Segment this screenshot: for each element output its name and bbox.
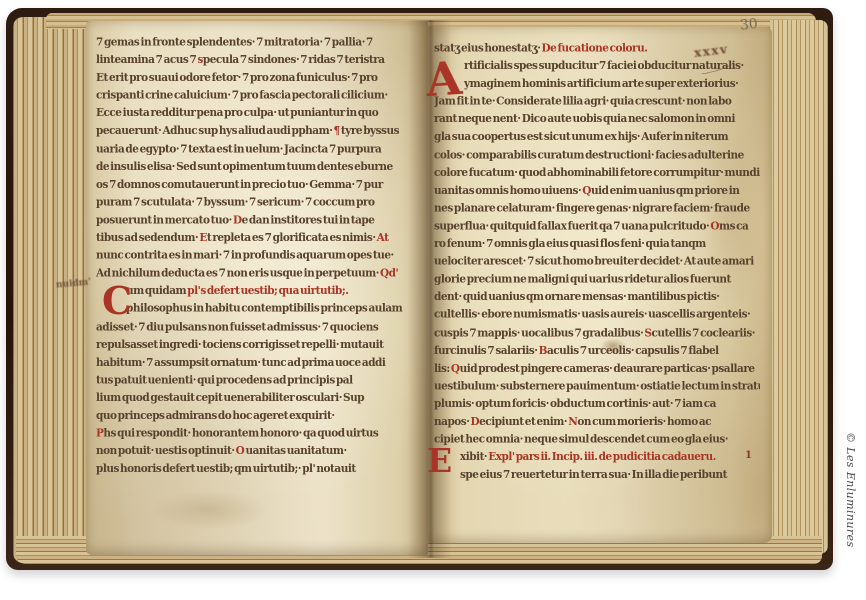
manuscript-line: posuerunt in mercato tuo· De dan instito… [96,212,418,230]
rubric-text: O [710,220,719,232]
ink-text: nes planare celaturam· fingere genas· ni… [434,202,750,214]
ink-text: xibit· [460,451,488,463]
rubric-text: pl's defert uestib; qua uirtutib;. [187,285,348,297]
manuscript-line: dent· quid uanius qm ornare mensas· mant… [434,289,760,307]
manuscript-line: ymaginem hominis artificium arte super e… [434,76,760,94]
manuscript-line: gla sua coopertus est sicut unum ex hijs… [434,129,760,147]
ink-text: um quidam [126,285,187,297]
ink-text: ecipiunt et enim· [479,415,568,427]
manuscript-line: tus patuit uenienti· qui procedens ad pr… [96,372,418,390]
ink-text: tyre byssus [340,125,399,137]
ink-text: rant neque nent· Dico aute uobis quia ne… [434,113,735,125]
ink-text: e dan institores tui in tape [242,214,375,226]
rubric-text: Q [451,362,460,374]
ink-text: spe eius 7 reuertetur in terra sua· In i… [460,469,727,481]
rubric-text: D [233,214,242,226]
ink-text: habitum· 7 assumpsit ornatum· tunc ad pr… [96,356,385,368]
manuscript-line: rant neque nent· Dico aute uobis quia ne… [434,111,760,129]
manuscript-line: adisset· 7 diu pulsans non fuisset admis… [96,318,418,336]
ink-text: uelociter arescet· 7 sicut homo breuiter… [434,255,754,267]
ink-text: plus honoris defert uestib; qm uirtutib;… [96,463,356,475]
ink-text: tibus ad sedendum· [96,232,199,244]
ink-text: uanitas omnis homo uiuens· [434,184,582,196]
ink-text: lium quod gestauit cepit uenerabiliter o… [96,392,364,404]
ink-text: repulsasset ingredi· tociens corrigisset… [96,338,384,350]
ink-text: puram 7 scutulata· 7 byssum· 7 sericum· … [96,196,374,208]
ink-text: Et erit pro suaui odore fetor· 7 pro zon… [96,72,378,84]
rubric-text: O [236,445,245,457]
manuscript-line: nunc contrita es in mari· 7 in profundis… [96,247,418,265]
manuscript-line: Ad nichilum deducta es 7 non eris usque … [96,265,418,283]
manuscript-line: lis: Quid prodest pingere cameras· deaur… [434,360,760,378]
ink-text: uid prodest pingere cameras· deaurare pa… [460,362,755,374]
manuscript-line: Et erit pro suaui odore fetor· 7 pro zon… [96,70,418,88]
ink-text: tus patuit uenienti· qui procedens ad pr… [96,374,353,386]
ink-text: colos· comparabilis curatum destructioni… [434,149,744,161]
manuscript-line: philosophus in habitu contemptibilis pri… [96,301,418,319]
ink-text: adisset· 7 diu pulsans non fuisset admis… [96,321,378,333]
manuscript-line: colos· comparabilis curatum destructioni… [434,147,760,165]
page-edges-left [13,17,93,563]
ink-text: colore fucatum· quod abhominabili fetore… [434,167,760,179]
manuscript-line: plus honoris defert uestib; qm uirtutib;… [96,461,418,479]
ink-text: non potuit· uestis optinuit· [96,445,236,457]
ink-text: ymaginem hominis artificium arte super e… [464,78,738,90]
manuscript-line: os 7 domnos comutauerunt in precio tuo· … [96,176,418,194]
ink-text: hs qui respondit· honorantem honoro· qa … [103,427,378,439]
manuscript-line: uelociter arescet· 7 sicut homo breuiter… [434,253,760,271]
manuscript-line: colore fucatum· quod abhominabili fetore… [434,164,760,182]
page-edges-right [770,20,828,554]
manuscript-line: tibus ad sedendum· Et repleta es 7 glori… [96,230,418,248]
manuscript-photo: 7 gemas in fronte splendentes· 7 mitrato… [0,0,866,600]
ink-text: pecauerunt· Adhuc sup hys aliud audi pph… [96,125,334,137]
rubric-text: De fucatione coloru. [542,42,648,54]
manuscript-line: uanitas omnis homo uiuens· Quid enim uan… [434,182,760,200]
manuscript-line: uaria de egypto· 7 texta est in uelum· J… [96,141,418,159]
ink-text: cutellis 7 cocleariis· [652,327,755,339]
manuscript-line: xibit· Expl' pars ii. Incip. iii. de pud… [434,449,760,467]
right-page-text: statʒ eius honestatʒ· De fucatione color… [434,40,760,484]
pencil-folio-number: 30 [739,16,758,34]
ink-text: cipiet hec omnia· neque simul descendet … [434,433,728,445]
manuscript-line: napos· Decipiunt et enim· Non cum morier… [434,413,760,431]
ink-text: Ecce iusta redditur pena pro culpa· ut p… [96,107,378,119]
manuscript-line: pecauerunt· Adhuc sup hys aliud audi pph… [96,123,418,141]
rubric-text: At [377,232,389,244]
right-margin-mark: 1 [745,450,752,461]
ink-text: posuerunt in mercato tuo· [96,214,233,226]
left-page-text: 7 gemas in fronte splendentes· 7 mitrato… [96,34,418,478]
rubric-text: Expl' pars ii. Incip. iii. de pudicitia … [488,451,716,463]
ink-text: cultellis· ebore numismatis· uasis aurei… [434,309,750,321]
manuscript-line: linteamina 7 acus 7 specula 7 sindones· … [96,52,418,70]
ink-text: ms ca [719,220,748,232]
manuscript-line: non potuit· uestis optinuit· O uanitas u… [96,443,418,461]
manuscript-line: puram 7 scutulata· 7 byssum· 7 sericum· … [96,194,418,212]
rubric-text: N [568,415,577,427]
rubric-text: B [539,344,547,356]
rubric-text: E [199,232,207,244]
ink-text: furcinulis 7 salariis· [434,344,539,356]
ink-text: Ad nichilum deducta es 7 non eris usque … [96,267,380,279]
ink-text: Jam fit in te· Considerate lilia agri· q… [434,95,731,107]
manuscript-line: glorie precium ne maligni qui uarius rid… [434,271,760,289]
ink-text: nunc contrita es in mari· 7 in profundis… [96,249,394,261]
ink-text: lis: [434,362,451,374]
manuscript-line: habitum· 7 assumpsit ornatum· tunc ad pr… [96,354,418,372]
copyright-credit: © Les Enluminures [844,432,857,548]
ink-text: 7 gemas in fronte splendentes· 7 mitrato… [96,36,373,48]
manuscript-line: 7 gemas in fronte splendentes· 7 mitrato… [96,34,418,52]
rubric-text: D [471,415,480,427]
rubricated-initial-e: E [427,444,452,477]
manuscript-line: ro fenum· 7 omnis gla eius quasi flos fe… [434,236,760,254]
manuscript-line: quo princeps admirans do hoc ageret exqu… [96,407,418,425]
ink-text: philosophus in habitu contemptibilis pri… [126,303,402,315]
rubric-text: S [644,327,651,339]
ink-text: superflua· quitquid fallax fuerit qa 7 u… [434,220,710,232]
manuscript-line: Phs qui respondit· honorantem honoro· qa… [96,425,418,443]
ink-text: napos· [434,415,471,427]
ink-text: uaria de egypto· 7 texta est in uelum· J… [96,143,381,155]
manuscript-line: cuspis 7 mappis· uocalibus 7 gradalibus·… [434,324,760,342]
manuscript-line: lium quod gestauit cepit uenerabiliter o… [96,390,418,408]
ink-text: plumis· optum foricis· obductum cortinis… [434,398,716,410]
manuscript-line: uestibulum· substernere pauimentum· osti… [434,378,760,396]
ink-text: quo princeps admirans do hoc ageret exqu… [96,409,335,421]
manuscript-line: cipiet hec omnia· neque simul descendet … [434,431,760,449]
ink-text: gla sua coopertus est sicut unum ex hijs… [434,131,728,143]
manuscript-line: nes planare celaturam· fingere genas· ni… [434,200,760,218]
ink-text: uestibulum· substernere pauimentum· osti… [434,380,760,392]
manuscript-line: spe eius 7 reuertetur in terra sua· In i… [434,467,760,485]
ink-text: uanitas uanitatum· [244,445,346,457]
ink-text: aculis 7 urceolis· capsulis 7 flabel [547,344,719,356]
ink-text: uid enim uanius qm priore in [591,184,739,196]
ink-text: de insulis elisa· Sed sunt opimentum tuu… [96,161,393,173]
manuscript-line: cultellis· ebore numismatis· uasis aurei… [434,307,760,325]
manuscript-line: furcinulis 7 salariis· Baculis 7 urceoli… [434,342,760,360]
ink-text: dent· quid uanius qm ornare mensas· mant… [434,291,719,303]
rubric-text: Q [582,184,591,196]
manuscript-line: Jam fit in te· Considerate lilia agri· q… [434,93,760,111]
ink-text: pecula 7 sindones· 7 ridas 7 teristra [203,54,385,66]
manuscript-line: Ecce iusta redditur pena pro culpa· ut p… [96,105,418,123]
manuscript-line: crispanti crine caluicium· 7 pro fascia … [96,87,418,105]
manuscript-line: repulsasset ingredi· tociens corrigisset… [96,336,418,354]
ink-text: t repleta es 7 glorificata es nimis· [207,232,377,244]
ink-text: on cum morieris· homo ac [577,415,711,427]
manuscript-line: plumis· optum foricis· obductum cortinis… [434,396,760,414]
manuscript-line: de insulis elisa· Sed sunt opimentum tuu… [96,158,418,176]
manuscript-line: superflua· quitquid fallax fuerit qa 7 u… [434,218,760,236]
ink-text: crispanti crine caluicium· 7 pro fascia … [96,89,388,101]
ink-text: glorie precium ne maligni qui uarius rid… [434,273,731,285]
ink-text: cuspis 7 mappis· uocalibus 7 gradalibus· [434,327,644,339]
ink-text: linteamina 7 acus 7 [96,54,197,66]
rubricated-initial-a: A [424,55,463,103]
manuscript-line: um quidam pl's defert uestib; qua uirtut… [96,283,418,301]
ink-text: ro fenum· 7 omnis gla eius quasi flos fe… [434,238,706,250]
rubricated-initial-c: C [102,282,132,320]
ink-text: os 7 domnos comutauerunt in precio tuo· … [96,178,383,190]
rubric-text: Qd' [380,267,398,279]
